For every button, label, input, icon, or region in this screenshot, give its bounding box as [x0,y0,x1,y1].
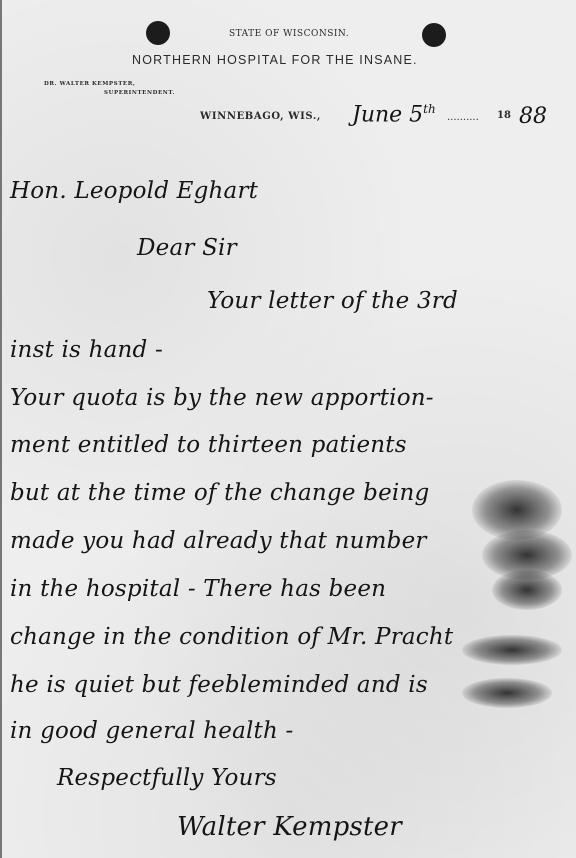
body-line-6: made you had already that number [10,528,427,554]
date-dots: .......... [447,112,479,123]
body-line-1: Your letter of the 3rd [207,288,458,314]
salutation-recipient: Hon. Leopold Eghart [10,178,258,204]
salutation-greeting: Dear Sir [137,235,237,261]
letterhead-place: WINNEBAGO, WIS., [200,111,321,122]
ink-smudge [462,635,562,665]
body-line-2: inst is hand - [10,337,163,363]
letterhead-superintendent-name: DR. WALTER KEMPSTER, [44,81,135,87]
handwritten-date: June 5th [352,102,436,127]
body-line-7: in the hospital - There has been [10,576,386,602]
letterhead-institution: NORTHERN HOSPITAL FOR THE INSANE. [132,53,418,67]
closing: Respectfully Yours [57,765,277,791]
handwritten-year: 88 [519,104,547,129]
letterhead-state: STATE OF WISCONSIN. [229,29,349,39]
ink-smudge [492,570,562,610]
ink-smudge [462,678,552,708]
punch-hole-left [146,21,170,45]
body-line-4: ment entitled to thirteen patients [10,432,407,458]
signature: Walter Kempster [177,812,402,842]
date-month-day: June 5 [352,102,423,127]
body-line-10: in good general health - [10,718,294,744]
body-line-3: Your quota is by the new apportion- [10,385,434,411]
year-prefix: 18 [497,110,511,121]
body-line-5: but at the time of the change being [10,480,429,506]
date-suffix: th [423,102,436,116]
body-line-9: he is quiet but feebleminded and is [10,672,428,698]
letterhead-superintendent-title: SUPERINTENDENT. [104,90,175,96]
letter-page: STATE OF WISCONSIN. NORTHERN HOSPITAL FO… [0,0,576,858]
punch-hole-right [422,23,446,47]
body-line-8: change in the condition of Mr. Pracht [10,624,453,650]
